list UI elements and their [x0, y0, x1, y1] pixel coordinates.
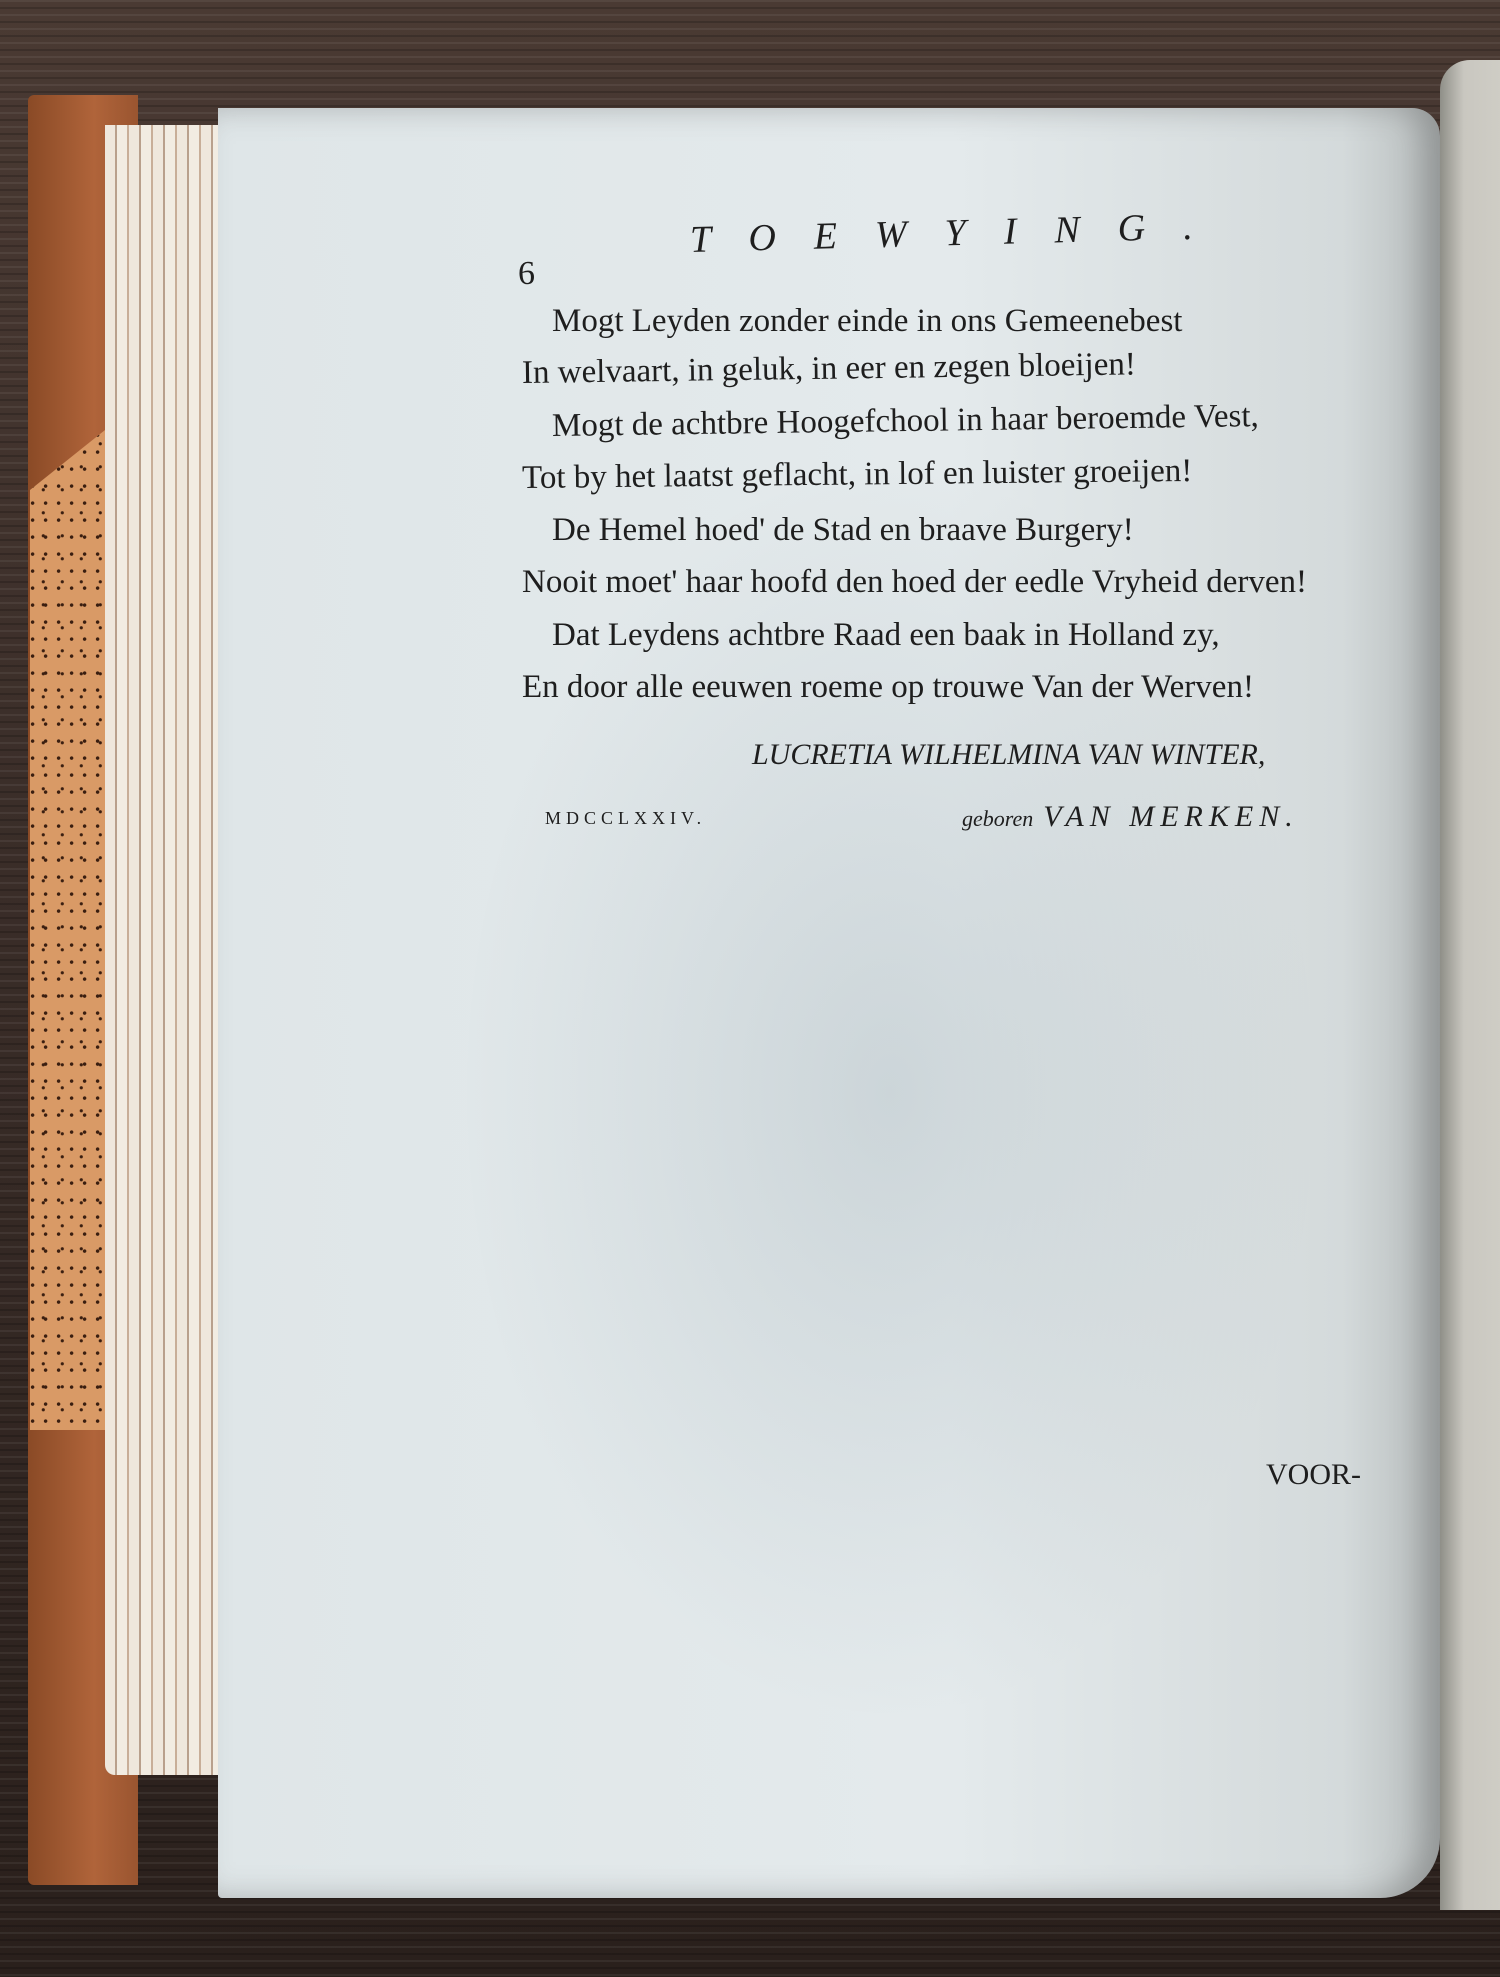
born-name: VAN MERKEN. — [1043, 800, 1298, 833]
page-number: 6 — [518, 255, 535, 293]
verse-line: Dat Leydens achtbre Raad een baak in Hol… — [552, 617, 1220, 654]
author-signature: LUCRETIA WILHELMINA VAN WINTER, — [752, 738, 1265, 772]
born-prefix: geboren — [962, 806, 1033, 831]
verse-line: Nooit moet' haar hoofd den hoed der eedl… — [522, 564, 1307, 601]
maiden-name-line: geborenVAN MERKEN. — [962, 800, 1299, 834]
page-edges-stack — [105, 125, 230, 1775]
verse-line: De Hemel hoed' de Stad en braave Burgery… — [552, 512, 1134, 549]
roman-date: MDCCLXXIV. — [545, 808, 706, 829]
verse-line: En door alle eeuwen roeme op trouwe Van … — [522, 669, 1254, 706]
verse-line: Tot by het laatst geflacht, in lof en lu… — [522, 453, 1193, 497]
facing-page-edge — [1440, 60, 1500, 1910]
catchword: VOOR- — [1266, 1458, 1361, 1492]
speckled-cover-corner — [30, 430, 105, 1430]
verse-line: Mogt Leyden zonder einde in ons Gemeeneb… — [552, 303, 1182, 340]
